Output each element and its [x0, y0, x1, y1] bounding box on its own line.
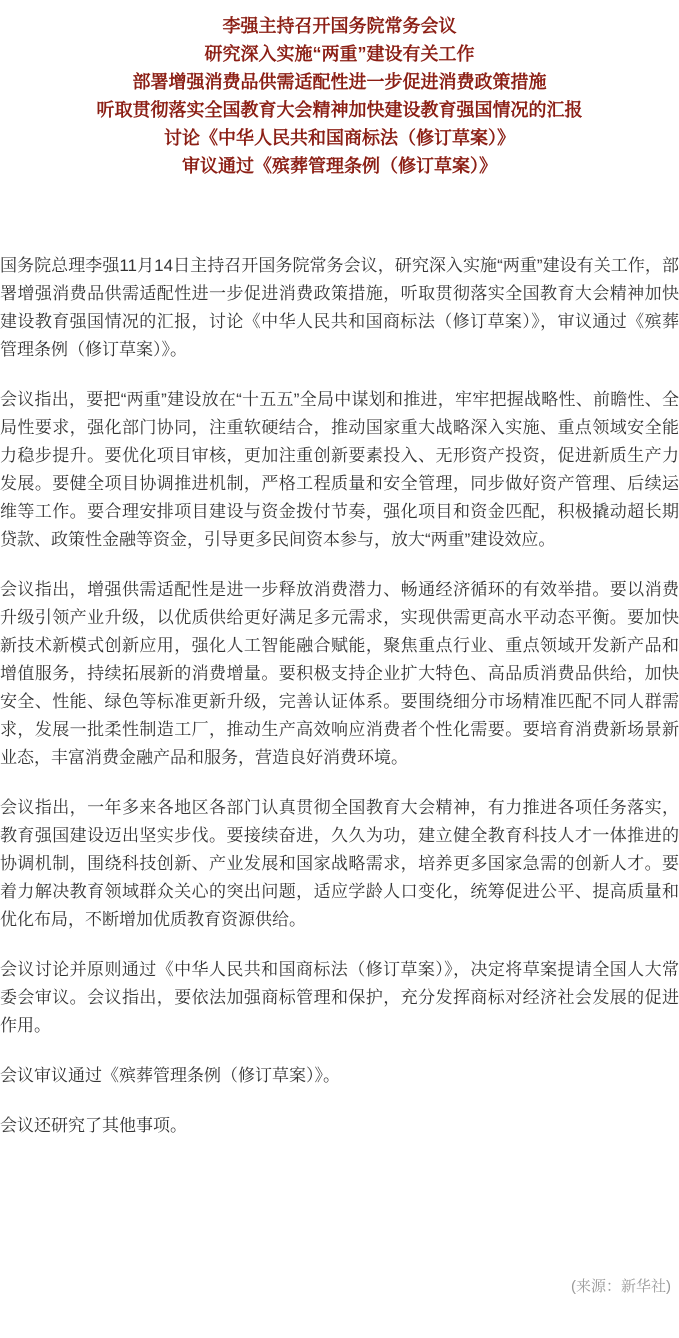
article-title: 李强主持召开国务院常务会议 研究深入实施“两重”建设有关工作 部署增强消费品供需…	[0, 0, 679, 180]
article-paragraph: 国务院总理李强11月14日主持召开国务院常务会议，研究深入实施“两重”建设有关工…	[0, 252, 679, 364]
article-title-line-5: 讨论《中华人民共和国商标法（修订草案）》	[0, 124, 679, 152]
source-attribution: (来源：新华社)	[0, 1277, 679, 1297]
article-title-line-2: 研究深入实施“两重”建设有关工作	[0, 40, 679, 68]
article-title-line-6: 审议通过《殡葬管理条例（修订草案）》	[0, 152, 679, 180]
article-paragraph: 会议审议通过《殡葬管理条例（修订草案）》。	[0, 1062, 679, 1090]
article-paragraph: 会议还研究了其他事项。	[0, 1112, 679, 1140]
article-paragraph: 会议讨论并原则通过《中华人民共和国商标法（修订草案）》，决定将草案提请全国人大常…	[0, 956, 679, 1040]
article-page: 李强主持召开国务院常务会议 研究深入实施“两重”建设有关工作 部署增强消费品供需…	[0, 0, 679, 1338]
article-paragraph: 会议指出，一年多来各地区各部门认真贯彻全国教育大会精神，有力推进各项任务落实，教…	[0, 794, 679, 934]
article-title-line-4: 听取贯彻落实全国教育大会精神加快建设教育强国情况的汇报	[0, 96, 679, 124]
article-body: 国务院总理李强11月14日主持召开国务院常务会议，研究深入实施“两重”建设有关工…	[0, 252, 679, 1297]
article-title-line-1: 李强主持召开国务院常务会议	[0, 12, 679, 40]
article-paragraph: 会议指出，要把“两重”建设放在“十五五”全局中谋划和推进，牢牢把握战略性、前瞻性…	[0, 386, 679, 554]
article-title-line-3: 部署增强消费品供需适配性进一步促进消费政策措施	[0, 68, 679, 96]
article-paragraph: 会议指出，增强供需适配性是进一步释放消费潜力、畅通经济循环的有效举措。要以消费升…	[0, 576, 679, 772]
